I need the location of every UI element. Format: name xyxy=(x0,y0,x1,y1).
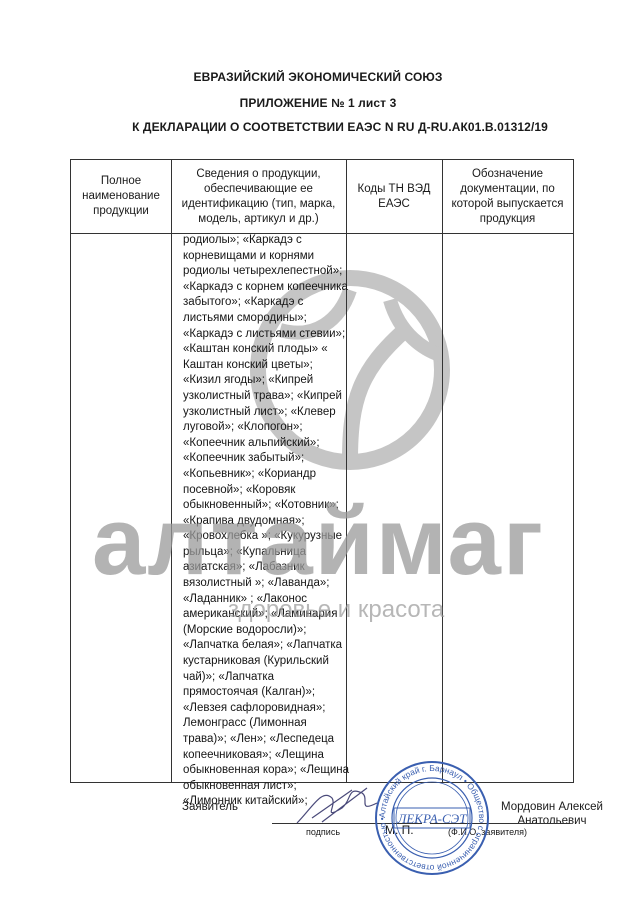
col-header-identification-text: Сведения о продукции, обеспечивающие ее … xyxy=(182,167,336,227)
svg-text:ЛЕКРА-СЭТ: ЛЕКРА-СЭТ xyxy=(397,811,468,826)
col-header-identification: Сведения о продукции, обеспечивающие ее … xyxy=(171,160,346,233)
applicant-label: Заявитель xyxy=(182,801,238,813)
col-header-tnved-text: Коды ТН ВЭД ЕАЭС xyxy=(358,182,431,212)
col-header-product-name: Полное наименование продукции xyxy=(71,160,171,233)
appendix-title: ПРИЛОЖЕНИЕ № 1 лист 3 xyxy=(0,96,636,110)
declaration-title: К ДЕКЛАРАЦИИ О СООТВЕТСТВИИ ЕАЭС N RU Д-… xyxy=(22,120,636,134)
union-title: ЕВРАЗИЙСКИЙ ЭКОНОМИЧЕСКИЙ СОЮЗ xyxy=(0,70,636,84)
products-table: Полное наименование продукции Сведения о… xyxy=(70,159,574,783)
col-header-documentation-text: Обозначение документации, по которой вып… xyxy=(451,167,563,227)
signature-label: подпись xyxy=(306,827,340,837)
col-header-product-name-text: Полное наименование продукции xyxy=(82,174,160,219)
col-header-documentation: Обозначение документации, по которой вып… xyxy=(442,160,573,233)
watermark-tagline: здоровье и красота xyxy=(228,596,444,624)
col-header-tnved: Коды ТН ВЭД ЕАЭС xyxy=(346,160,442,233)
company-stamp-icon: Алтайский край г. Барнаул • Общество с о… xyxy=(372,758,492,878)
watermark-brand: алтаймаг xyxy=(92,494,545,590)
